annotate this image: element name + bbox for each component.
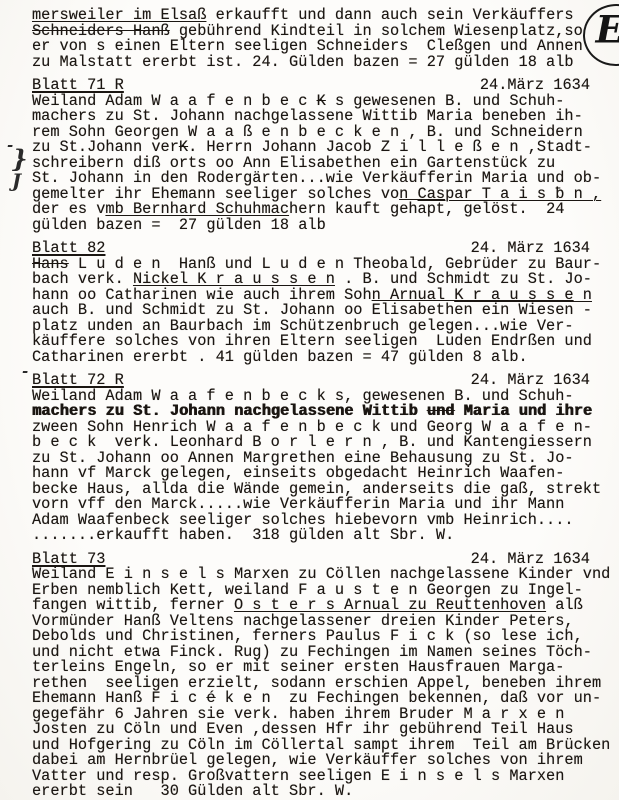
document-line: Catharinen ererbt . 41 gülden bazen = 47… xyxy=(32,350,590,366)
handwritten-margin-mark: - xyxy=(22,364,28,379)
typewritten-text-block: mersweiler im Elsaß erkaufft und dann au… xyxy=(32,8,590,800)
entry-blatt-71r: Blatt 71 R24.März 1634Weiland Adam W a a… xyxy=(32,78,590,233)
document-line: gülden bazen = 27 gülden 18 alb xyxy=(32,218,590,234)
handwritten-margin-mark: } xyxy=(12,147,27,171)
stamp-letter-e: E xyxy=(596,11,619,48)
entry-blatt-82: Blatt 8224. März 1634Hans L u d e n Hanß… xyxy=(32,241,590,365)
entry-blatt-73: Blatt 7324. März 1634Weiland E i n s e l… xyxy=(32,552,590,800)
entry-blatt-72r: Blatt 72 R24. März 1634Weiland Adam W a … xyxy=(32,373,590,544)
document-page: mersweiler im Elsaß erkaufft und dann au… xyxy=(0,0,619,800)
document-line: zu Malstatt ererbt ist. 24. Gülden bazen… xyxy=(32,55,590,71)
document-line: ererbt sein 30 Gülden alt Sbr. W. xyxy=(32,784,590,800)
handwritten-margin-mark: J xyxy=(12,172,21,191)
entry-continuation: mersweiler im Elsaß erkaufft und dann au… xyxy=(32,8,590,70)
document-line: .......erkaufft haben. 318 gülden alt Sb… xyxy=(32,528,590,544)
